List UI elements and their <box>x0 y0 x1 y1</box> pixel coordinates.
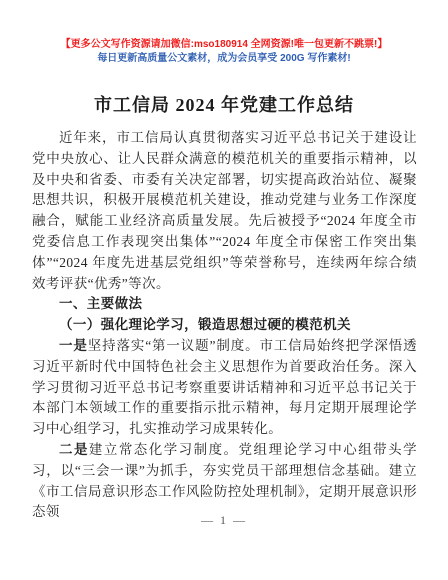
paragraph-intro: 近年来，市工信局认真贯彻落实习近平总书记关于建设让党中央放心、让人民群众满意的模… <box>32 128 417 294</box>
page-number: — 1 — <box>0 513 448 528</box>
paragraph-first-point: 一是坚持落实“第一议题”制度。市工信局始终把学深悟透习近平新时代中国特色社会主义… <box>32 336 417 440</box>
paragraph-lead-ershi: 二是 <box>59 442 89 457</box>
paragraph-lead-yishi: 一是 <box>59 338 88 353</box>
document-title: 市工信局 2024 年党建工作总结 <box>0 91 448 117</box>
document-page: 【更多公文写作资源请加微信:mso180914 全网资源!唯一包更新不跳票!】 … <box>0 0 448 580</box>
section-heading: 一、主要做法 <box>32 294 417 315</box>
document-body: 近年来，市工信局认真贯彻落实习近平总书记关于建设让党中央放心、让人民群众满意的模… <box>32 128 417 523</box>
promo-banner: 【更多公文写作资源请加微信:mso180914 全网资源!唯一包更新不跳票!】 … <box>0 0 448 65</box>
paragraph-text: 坚持落实“第一议题”制度。市工信局始终把学深悟透习近平新时代中国特色社会主义思想… <box>32 338 417 436</box>
promo-line-1: 【更多公文写作资源请加微信:mso180914 全网资源!唯一包更新不跳票!】 <box>0 38 448 52</box>
paragraph-second-point: 二是建立常态化学习制度。党组理论学习中心组带头学习，以“三会一课”为抓手，夯实党… <box>32 440 417 523</box>
promo-line-2: 每日更新高质量公文素材，成为会员享受 200G 写作素材! <box>0 52 448 66</box>
paragraph-text: 建立常态化学习制度。党组理论学习中心组带头学习，以“三会一课”为抓手，夯实党员干… <box>32 442 417 519</box>
subsection-heading: （一）强化理论学习，锻造思想过硬的模范机关 <box>32 315 417 336</box>
